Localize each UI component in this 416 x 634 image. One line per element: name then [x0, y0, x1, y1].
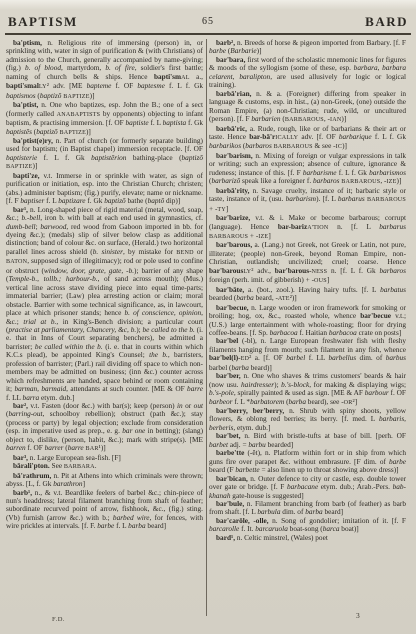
dictionary-entry: bar'barism, n. Mixing of foreign or vulg…	[209, 152, 406, 187]
dictionary-entry: bard¹, n. Celtic minstrel, (Wales) poet	[209, 534, 406, 542]
dictionary-entry: barb², n. Breeds of horse & pigeon impor…	[209, 39, 406, 56]
dictionary-column-left: ba'ptism, n. Religious rite of immersing…	[6, 39, 203, 616]
dictionary-entry: bā'rathrum, n. Pit at Athens into which …	[6, 472, 203, 489]
page-header: BAPTISM 65 BARD	[8, 14, 408, 32]
sheet-number: 3	[356, 611, 360, 620]
dictionary-entry: bar'ber, n. One who shaves & trims custo…	[209, 372, 406, 407]
dictionary-page: BAPTISM 65 BARD ba'ptism, n. Religious r…	[0, 0, 416, 634]
dictionary-entry: bar'bet, n. Bird with bristle-tufts at b…	[209, 432, 406, 449]
dictionary-entry: barbā'rian, n. & a. (Foreigner) differin…	[209, 90, 406, 125]
dictionary-entry: barbe'tte (-ĕt), n. Platform within fort…	[209, 449, 406, 474]
dictionary-column-right: barb², n. Breeds of horse & pigeon impor…	[209, 39, 406, 616]
dictionary-entry: barbā'rity, n. Savage cruelty, instance …	[209, 187, 406, 214]
dictionary-entry: bar'bule, n. Filament branching from bar…	[209, 500, 406, 517]
dictionary-entry: bapti'ze, v.t. Immerse in or sprinkle wi…	[6, 172, 203, 206]
dictionary-entry: bar'bican, n. Outer defence to city or c…	[209, 475, 406, 500]
dictionary-entry: bar'carōle, -olle, n. Song of gondolier;…	[209, 517, 406, 534]
printer-signature-mark: F.D.	[52, 616, 65, 623]
dictionary-entry: bar'barize, v.t. & i. Make or become bar…	[209, 214, 406, 241]
dictionary-entry: bar¹, n. Long-shaped piece of rigid mate…	[6, 206, 203, 402]
dictionary-entry: bar'bāte, a. (bot., zool.). Having hairy…	[209, 286, 406, 304]
dictionary-entry: bar'barous, a. (Lang.) not Greek, not Gr…	[209, 241, 406, 285]
dictionary-entry: bar'berry, ber'berry, n. Shrub with spin…	[209, 407, 406, 432]
dictionary-entry: ba'ptism, n. Religious rite of immersing…	[6, 39, 203, 101]
page-number: 65	[8, 16, 408, 27]
header-rule	[5, 33, 411, 35]
column-divider	[206, 39, 207, 616]
text-columns: ba'ptism, n. Religious rite of immersing…	[6, 39, 411, 616]
dictionary-entry: barbā'ric, a. Rude, rough, like or of ba…	[209, 125, 406, 152]
dictionary-entry: bar'becue, n. Large wooden or iron frame…	[209, 304, 406, 338]
dictionary-entry: ba'ptist(e)ry, n. Part of church (or for…	[6, 137, 203, 172]
dictionary-entry: bar'bel (-bl), n. Large European freshwa…	[209, 337, 406, 372]
dictionary-entry: ba'ptist, n. One who baptizes, esp. John…	[6, 101, 203, 137]
dictionary-entry: bar², v.t. Fasten (door &c.) with bar(s)…	[6, 402, 203, 454]
dictionary-entry: barb¹, n., & v.t. Beardlike feelers of b…	[6, 489, 203, 531]
dictionary-entry: bar'bara, first word of the scholastic m…	[209, 56, 406, 90]
